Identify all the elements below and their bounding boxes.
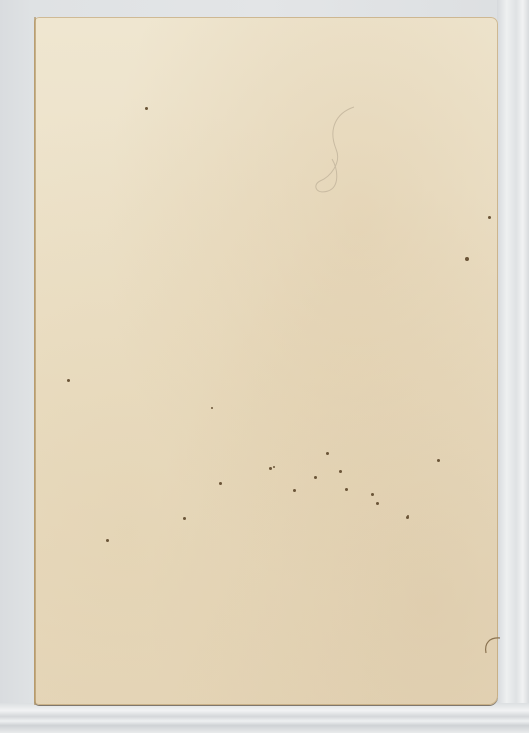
stain-spot (219, 482, 222, 485)
stain-spot (183, 517, 186, 520)
card-left-edge (34, 17, 36, 705)
stain-spot (371, 493, 374, 496)
stain-spot (269, 467, 272, 470)
stain-spot (376, 502, 379, 505)
pencil-mark (306, 99, 376, 199)
stain-spot (211, 407, 213, 409)
stain-spot (407, 515, 409, 517)
card-back (34, 17, 498, 705)
stain-spot (488, 216, 491, 219)
stain-spot (145, 107, 148, 110)
stain-spot (345, 488, 348, 491)
stain-spot (67, 379, 70, 382)
stain-spot (106, 539, 109, 542)
stain-spot (293, 489, 296, 492)
curl-mark (480, 635, 504, 659)
stain-spot (437, 459, 440, 462)
stain-spot (326, 452, 329, 455)
stain-spot (465, 257, 469, 261)
stain-spot (339, 470, 342, 473)
holder-bottom-rail (0, 703, 529, 733)
stain-spot (314, 476, 317, 479)
stain-spot (273, 466, 275, 468)
holder-right-rail (497, 0, 529, 733)
